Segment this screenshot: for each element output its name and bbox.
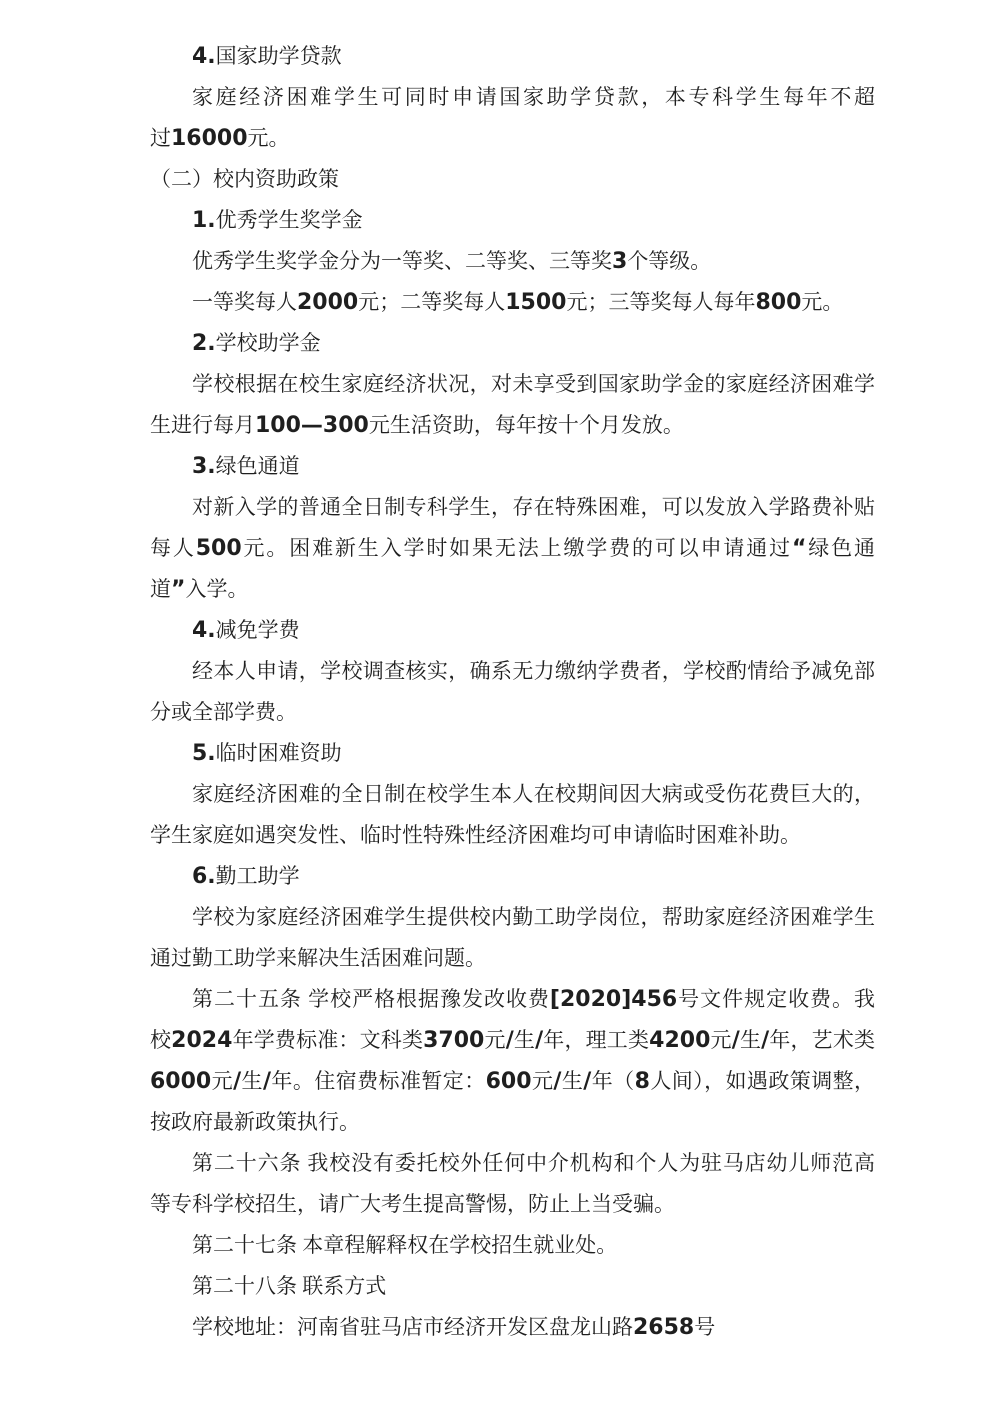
- text-line: 通过勤工助学来解决生活困难问题。: [150, 938, 875, 979]
- bold-text-segment: /: [233, 1069, 241, 1094]
- text-segment: 年，艺术类: [769, 1028, 875, 1052]
- text-segment: 学校根据在校生家庭经济状况，对未享受到国家助学金的家庭经济困难学: [192, 372, 875, 396]
- text-segment: 元: [710, 1028, 731, 1052]
- text-segment: 年学费标准：文科类: [232, 1028, 423, 1052]
- text-segment: 每人: [150, 536, 196, 560]
- text-line: 2.学校助学金: [150, 323, 875, 364]
- bold-text-segment: 6000: [150, 1069, 211, 1094]
- document-page: 4.国家助学贷款家庭经济困难学生可同时申请国家助学贷款，本专科学生每年不超过16…: [0, 0, 1005, 1427]
- text-segment: 绿色通: [806, 536, 875, 560]
- text-segment: 元。困难新生入学时如果无法上缴学费的可以申请通过: [242, 536, 792, 560]
- text-segment: 勤工助学: [216, 864, 300, 888]
- text-segment: 国家助学贷款: [216, 44, 342, 68]
- text-line: 学校根据在校生家庭经济状况，对未享受到国家助学金的家庭经济困难学: [150, 364, 875, 405]
- text-segment: 元。: [248, 126, 290, 150]
- text-segment: 对新入学的普通全日制专科学生，存在特殊困难，可以发放入学路费补贴: [192, 495, 875, 519]
- text-line: 1.优秀学生奖学金: [150, 200, 875, 241]
- bold-text-segment: 4200: [649, 1028, 710, 1053]
- text-segment: 元: [484, 1028, 505, 1052]
- text-segment: 一等奖每人: [192, 290, 297, 314]
- bold-text-segment: “: [792, 536, 806, 561]
- text-segment: 元；二等奖每人: [358, 290, 505, 314]
- bold-text-segment: 5.: [192, 741, 216, 766]
- text-segment: 元: [211, 1069, 233, 1093]
- bold-text-segment: 600: [486, 1069, 532, 1094]
- text-segment: 生: [561, 1069, 583, 1093]
- text-segment: 学校助学金: [216, 331, 321, 355]
- text-segment: 学校为家庭经济困难学生提供校内勤工助学岗位，帮助家庭经济困难学生: [192, 905, 875, 929]
- text-segment: 号文件规定收费。我: [677, 987, 875, 1011]
- text-segment: 家庭经济困难学生可同时申请国家助学贷款，本专科学生每年不超: [192, 85, 875, 109]
- bold-text-segment: /: [506, 1028, 514, 1053]
- text-segment: 道: [150, 577, 171, 601]
- text-segment: （二）校内资助政策: [150, 167, 339, 191]
- text-line: 第二十八条 联系方式: [150, 1266, 875, 1307]
- bold-text-segment: 3: [612, 249, 627, 274]
- bold-text-segment: 4.: [192, 44, 216, 69]
- text-line: 对新入学的普通全日制专科学生，存在特殊困难，可以发放入学路费补贴: [150, 487, 875, 528]
- bold-text-segment: 2658: [633, 1315, 694, 1340]
- text-segment: 生进行每月: [150, 413, 255, 437]
- text-segment: 生: [241, 1069, 263, 1093]
- bold-text-segment: /: [535, 1028, 543, 1053]
- bold-text-segment: [2020]456: [550, 987, 677, 1012]
- text-line: 6.勤工助学: [150, 856, 875, 897]
- text-segment: 个等级。: [627, 249, 711, 273]
- text-line: （二）校内资助政策: [150, 159, 875, 200]
- document-body: 4.国家助学贷款家庭经济困难学生可同时申请国家助学贷款，本专科学生每年不超过16…: [150, 36, 875, 1348]
- text-segment: 第二十六条 我校没有委托校外任何中介机构和个人为驻马店幼儿师范高: [192, 1151, 875, 1175]
- bold-text-segment: 1500: [505, 290, 566, 315]
- text-line: 过16000元。: [150, 118, 875, 159]
- text-line: 校2024年学费标准：文科类3700元/生/年，理工类4200元/生/年，艺术类: [150, 1020, 875, 1061]
- bold-text-segment: /: [732, 1028, 740, 1053]
- text-segment: 临时困难资助: [216, 741, 342, 765]
- text-line: 6000元/生/年。住宿费标准暂定：600元/生/年（8人间），如遇政策调整，: [150, 1061, 875, 1102]
- text-line: 4.国家助学贷款: [150, 36, 875, 77]
- text-segment: 元: [532, 1069, 554, 1093]
- bold-text-segment: 800: [755, 290, 801, 315]
- text-segment: 号: [694, 1315, 715, 1339]
- text-segment: 第二十八条 联系方式: [192, 1274, 386, 1298]
- text-segment: 通过勤工助学来解决生活困难问题。: [150, 946, 486, 970]
- bold-text-segment: 16000: [171, 126, 248, 151]
- text-line: 学生家庭如遇突发性、临时性特殊性经济困难均可申请临时困难补助。: [150, 815, 875, 856]
- bold-text-segment: 2024: [171, 1028, 232, 1053]
- text-line: 一等奖每人2000元；二等奖每人1500元；三等奖每人每年800元。: [150, 282, 875, 323]
- text-line: 3.绿色通道: [150, 446, 875, 487]
- text-segment: 学校地址：河南省驻马店市经济开发区盘龙山路: [192, 1315, 633, 1339]
- bold-text-segment: 8: [635, 1069, 650, 1094]
- text-line: 分或全部学费。: [150, 692, 875, 733]
- text-line: 每人500元。困难新生入学时如果无法上缴学费的可以申请通过“绿色通: [150, 528, 875, 569]
- bold-text-segment: /: [761, 1028, 769, 1053]
- text-segment: 家庭经济困难的全日制在校学生本人在校期间因大病或受伤花费巨大的，: [192, 782, 875, 806]
- text-line: 道”入学。: [150, 569, 875, 610]
- text-segment: 年，理工类: [543, 1028, 649, 1052]
- text-segment: 按政府最新政策执行。: [150, 1110, 360, 1134]
- text-line: 学校为家庭经济困难学生提供校内勤工助学岗位，帮助家庭经济困难学生: [150, 897, 875, 938]
- text-segment: 年（: [591, 1069, 634, 1093]
- text-segment: 绿色通道: [216, 454, 300, 478]
- text-segment: 经本人申请，学校调查核实，确系无力缴纳学费者，学校酌情给予减免部: [192, 659, 875, 683]
- text-line: 生进行每月100—300元生活资助，每年按十个月发放。: [150, 405, 875, 446]
- text-line: 等专科学校招生，请广大考生提高警惕，防止上当受骗。: [150, 1184, 875, 1225]
- text-line: 学校地址：河南省驻马店市经济开发区盘龙山路2658号: [150, 1307, 875, 1348]
- text-line: 家庭经济困难的全日制在校学生本人在校期间因大病或受伤花费巨大的，: [150, 774, 875, 815]
- bold-text-segment: 4.: [192, 618, 216, 643]
- bold-text-segment: 6.: [192, 864, 216, 889]
- bold-text-segment: 3.: [192, 454, 216, 479]
- text-line: 按政府最新政策执行。: [150, 1102, 875, 1143]
- text-segment: 元生活资助，每年按十个月发放。: [369, 413, 684, 437]
- bold-text-segment: 2.: [192, 331, 216, 356]
- text-segment: 入学。: [185, 577, 248, 601]
- text-segment: 人间），如遇政策调整，: [650, 1069, 875, 1093]
- bold-text-segment: ”: [171, 577, 185, 602]
- text-segment: 校: [150, 1028, 171, 1052]
- text-line: 第二十六条 我校没有委托校外任何中介机构和个人为驻马店幼儿师范高: [150, 1143, 875, 1184]
- text-segment: 第二十五条 学校严格根据豫发改收费: [192, 987, 550, 1011]
- text-line: 第二十五条 学校严格根据豫发改收费[2020]456号文件规定收费。我: [150, 979, 875, 1020]
- text-segment: 学生家庭如遇突发性、临时性特殊性经济困难均可申请临时困难补助。: [150, 823, 801, 847]
- text-line: 经本人申请，学校调查核实，确系无力缴纳学费者，学校酌情给予减免部: [150, 651, 875, 692]
- text-line: 家庭经济困难学生可同时申请国家助学贷款，本专科学生每年不超: [150, 77, 875, 118]
- text-line: 5.临时困难资助: [150, 733, 875, 774]
- text-segment: 年。住宿费标准暂定：: [271, 1069, 486, 1093]
- text-segment: 等专科学校招生，请广大考生提高警惕，防止上当受骗。: [150, 1192, 675, 1216]
- text-segment: 分或全部学费。: [150, 700, 297, 724]
- bold-text-segment: 100—300: [255, 413, 369, 438]
- text-segment: 优秀学生奖学金: [216, 208, 363, 232]
- bold-text-segment: 3700: [423, 1028, 484, 1053]
- text-segment: 优秀学生奖学金分为一等奖、二等奖、三等奖: [192, 249, 612, 273]
- text-segment: 元。: [801, 290, 843, 314]
- bold-text-segment: 2000: [297, 290, 358, 315]
- text-segment: 元；三等奖每人每年: [566, 290, 755, 314]
- text-line: 4.减免学费: [150, 610, 875, 651]
- text-segment: 减免学费: [216, 618, 300, 642]
- text-segment: 第二十七条 本章程解释权在学校招生就业处。: [192, 1233, 617, 1257]
- text-segment: 生: [740, 1028, 761, 1052]
- text-line: 第二十七条 本章程解释权在学校招生就业处。: [150, 1225, 875, 1266]
- bold-text-segment: 500: [196, 536, 242, 561]
- text-segment: 过: [150, 126, 171, 150]
- text-segment: 生: [514, 1028, 535, 1052]
- bold-text-segment: 1.: [192, 208, 216, 233]
- text-line: 优秀学生奖学金分为一等奖、二等奖、三等奖3个等级。: [150, 241, 875, 282]
- bold-text-segment: /: [263, 1069, 271, 1094]
